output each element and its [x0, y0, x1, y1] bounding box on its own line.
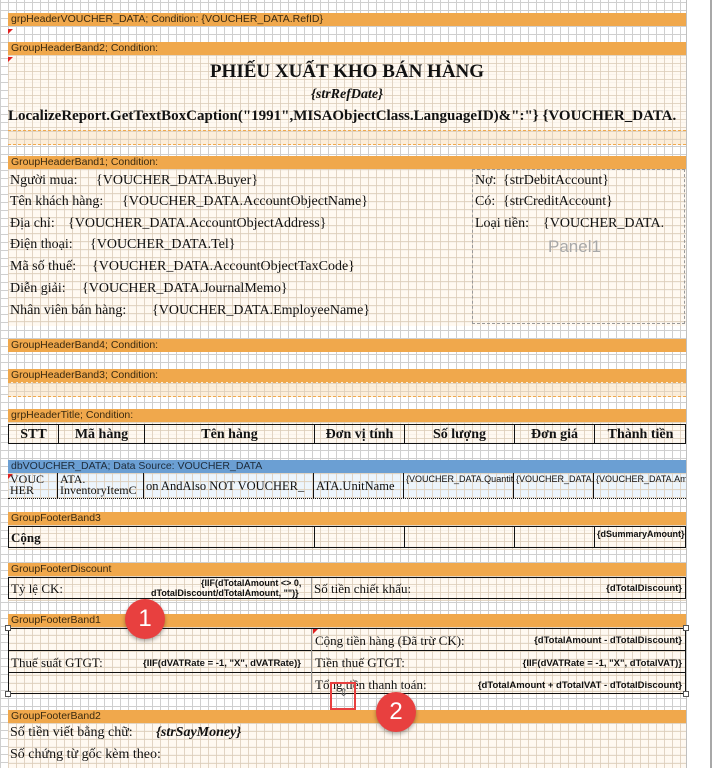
resize-handle-bottom-right[interactable] [683, 691, 689, 697]
band-header-title[interactable]: grpHeaderTitle; Condition: [8, 409, 686, 422]
credit-label[interactable]: Có: [475, 194, 495, 210]
cell-divider [514, 527, 515, 547]
row-divider [9, 672, 685, 673]
col-header-item-name[interactable]: Tên hàng [145, 425, 315, 444]
row-divider [9, 650, 685, 651]
band-grp-header-voucher[interactable]: grpHeaderVOUCHER_DATA; Condition: {VOUCH… [8, 13, 686, 26]
vat-rate-label[interactable]: Thuế suất GTGT: [11, 655, 103, 671]
band-group-header-2[interactable]: GroupHeaderBand2; Condition: [8, 42, 686, 55]
table-header-frame: STT Mã hàng Tên hàng Đơn vị tính Số lượn… [8, 424, 686, 444]
col-header-item-code[interactable]: Mã hàng [59, 425, 145, 444]
band-group-header-3[interactable]: GroupHeaderBand3; Condition: [8, 369, 686, 382]
highlight-resize-handle [330, 682, 356, 710]
phone-label[interactable]: Điện thoại: [10, 237, 73, 253]
col-header-amount[interactable]: Thành tiền [595, 425, 686, 444]
currency-label[interactable]: Loại tiền: [475, 216, 529, 232]
detail-cell-unit-price[interactable]: {VOUCHER_DATA.UnitPrice} [514, 473, 594, 498]
band-group-footer-3[interactable]: GroupFooterBand3 [8, 512, 686, 525]
band-group-footer-1[interactable]: GroupFooterBand1 [8, 614, 686, 627]
currency-field[interactable]: {VOUCHER_DATA. [543, 216, 664, 232]
band-group-footer-discount[interactable]: GroupFooterDiscount [8, 563, 686, 576]
vat-amount-field[interactable]: {IIF(dVATRate = -1, "X", dTotalVAT)} [523, 658, 682, 669]
say-money-area: Số tiền viết bằng chữ: {strSayMoney} Số … [8, 723, 686, 768]
debit-label[interactable]: Nợ: [475, 173, 496, 189]
detail-cell-item-code[interactable]: ATA. InventoryItemC [58, 473, 144, 498]
discount-amount-label[interactable]: Số tiền chiết khấu: [314, 581, 411, 597]
goods-total-label[interactable]: Cộng tiền hàng (Đã trừ CK): [315, 633, 465, 649]
band-group-footer-2[interactable]: GroupFooterBand2 [8, 710, 686, 723]
band-detail-voucher-data[interactable]: dbVOUCHER_DATA; Data Source: VOUCHER_DAT… [8, 460, 686, 473]
detail-row-frame: VOUC HER ATA. InventoryItemC on AndAlso … [8, 473, 686, 499]
memo-field[interactable]: {VOUCHER_DATA.JournalMemo} [82, 281, 288, 297]
discount-rate-expr-line2[interactable]: dTotalDiscount/dTotalAmount, "")} [151, 588, 299, 598]
total-label[interactable]: Cộng [11, 530, 41, 546]
title-area-spacer [8, 130, 686, 145]
detail-cell-quantity[interactable]: {VOUCHER_DATA.Quantity} [404, 473, 514, 498]
resize-handle-top-left[interactable] [5, 625, 11, 631]
discount-amount-field[interactable]: {dTotalDiscount} [606, 583, 682, 594]
discount-row: Tỷ lệ CK: {IIF(dTotalAmount <> 0, dTotal… [8, 576, 686, 601]
annotation-badge-1: 1 [125, 599, 165, 639]
selection-marker [8, 29, 13, 34]
title-area: PHIẾU XUẤT KHO BÁN HÀNG {strRefDate} Loc… [8, 55, 686, 130]
attached-docs-label[interactable]: Số chứng từ gốc kèm theo: [10, 747, 161, 763]
employee-field[interactable]: {VOUCHER_DATA.EmployeeName} [152, 303, 370, 319]
panel-name-label: Panel1 [548, 237, 601, 257]
band-group-header-1[interactable]: GroupHeaderBand1; Condition: [8, 156, 686, 169]
tax-code-label[interactable]: Mã số thuế: [10, 259, 76, 275]
band-group-header-4[interactable]: GroupHeaderBand4; Condition: [8, 339, 686, 352]
resize-handle-top-right[interactable] [683, 625, 689, 631]
summary-amount-field[interactable]: {dSummaryAmount} [597, 529, 685, 539]
vat-amount-label[interactable]: Tiền thuế GTGT: [315, 655, 405, 671]
detail-cell-unit[interactable]: ATA.UnitName [314, 473, 404, 498]
col-header-stt[interactable]: STT [9, 425, 59, 444]
credit-field[interactable]: {strCreditAccount} [503, 194, 613, 210]
caption-expression[interactable]: LocalizeReport.GetTextBoxCaption("1991",… [8, 108, 686, 125]
cell-divider [311, 578, 312, 598]
say-money-field[interactable]: {strSayMoney} [156, 725, 241, 741]
discount-rate-expr-line1[interactable]: {IIF(dTotalAmount <> 0, [201, 578, 301, 588]
grand-total-field[interactable]: {dTotalAmount + dTotalVAT - dTotalDiscou… [478, 680, 682, 691]
customer-name-label[interactable]: Tên khách hàng: [10, 194, 103, 210]
employee-label[interactable]: Nhân viên bán hàng: [10, 303, 126, 319]
address-label[interactable]: Địa chỉ: [10, 216, 55, 232]
say-money-label[interactable]: Số tiền viết bằng chữ: [10, 725, 133, 741]
panel1[interactable]: Nợ: {strDebitAccount} Có: {strCreditAcco… [472, 169, 685, 324]
memo-label[interactable]: Diễn giải: [10, 281, 66, 297]
report-date-field[interactable]: {strRefDate} [8, 87, 686, 103]
vertical-scrollbar[interactable] [710, 0, 725, 768]
detail-row: VOUC HER ATA. InventoryItemC on AndAlso … [8, 473, 686, 499]
table-header-row: STT Mã hàng Tên hàng Đơn vị tính Số lượn… [8, 422, 686, 444]
detail-cell-stt[interactable]: VOUC HER [8, 473, 58, 498]
customer-info-area: Người mua: {VOUCHER_DATA.Buyer} Tên khác… [8, 169, 686, 326]
group-header-3-area [8, 382, 686, 397]
customer-name-field[interactable]: {VOUCHER_DATA.AccountObjectName} [122, 194, 368, 210]
phone-field[interactable]: {VOUCHER_DATA.Tel} [90, 237, 236, 253]
discount-row-frame: Tỷ lệ CK: {IIF(dTotalAmount <> 0, dTotal… [8, 577, 686, 599]
annotation-badge-2: 2 [376, 692, 416, 732]
detail-cell-amount[interactable]: {VOUCHER_DATA.AmountOC} [594, 473, 686, 498]
page-right-margin [686, 0, 687, 768]
address-field[interactable]: {VOUCHER_DATA.AccountObjectAddress} [68, 216, 326, 232]
discount-rate-label[interactable]: Tỷ lệ CK: [11, 581, 63, 597]
col-divider [311, 629, 312, 693]
report-title[interactable]: PHIẾU XUẤT KHO BÁN HÀNG [8, 61, 686, 83]
buyer-label[interactable]: Người mua: [10, 173, 77, 189]
vat-rate-field[interactable]: {IIF(dVATRate = -1, "X", dVATRate)} [143, 658, 301, 669]
buyer-field[interactable]: {VOUCHER_DATA.Buyer} [96, 173, 258, 189]
tax-code-field[interactable]: {VOUCHER_DATA.AccountObjectTaxCode} [92, 259, 355, 275]
debit-field[interactable]: {strDebitAccount} [503, 173, 609, 189]
col-header-unit-price[interactable]: Đơn giá [515, 425, 595, 444]
goods-total-field[interactable]: {dTotalAmount - dTotalDiscount} [534, 635, 682, 646]
cell-divider [404, 527, 405, 547]
resize-handle-bottom-left[interactable] [5, 691, 11, 697]
col-header-quantity[interactable]: Số lượng [405, 425, 515, 444]
col-header-unit[interactable]: Đơn vị tính [315, 425, 405, 444]
cell-divider [314, 527, 315, 547]
detail-cell-item-name[interactable]: on AndAlso NOT VOUCHER_ [144, 473, 314, 498]
total-row: Cộng {dSummaryAmount} [8, 525, 686, 550]
total-row-frame: Cộng {dSummaryAmount} [8, 526, 686, 548]
cell-divider [594, 527, 595, 547]
